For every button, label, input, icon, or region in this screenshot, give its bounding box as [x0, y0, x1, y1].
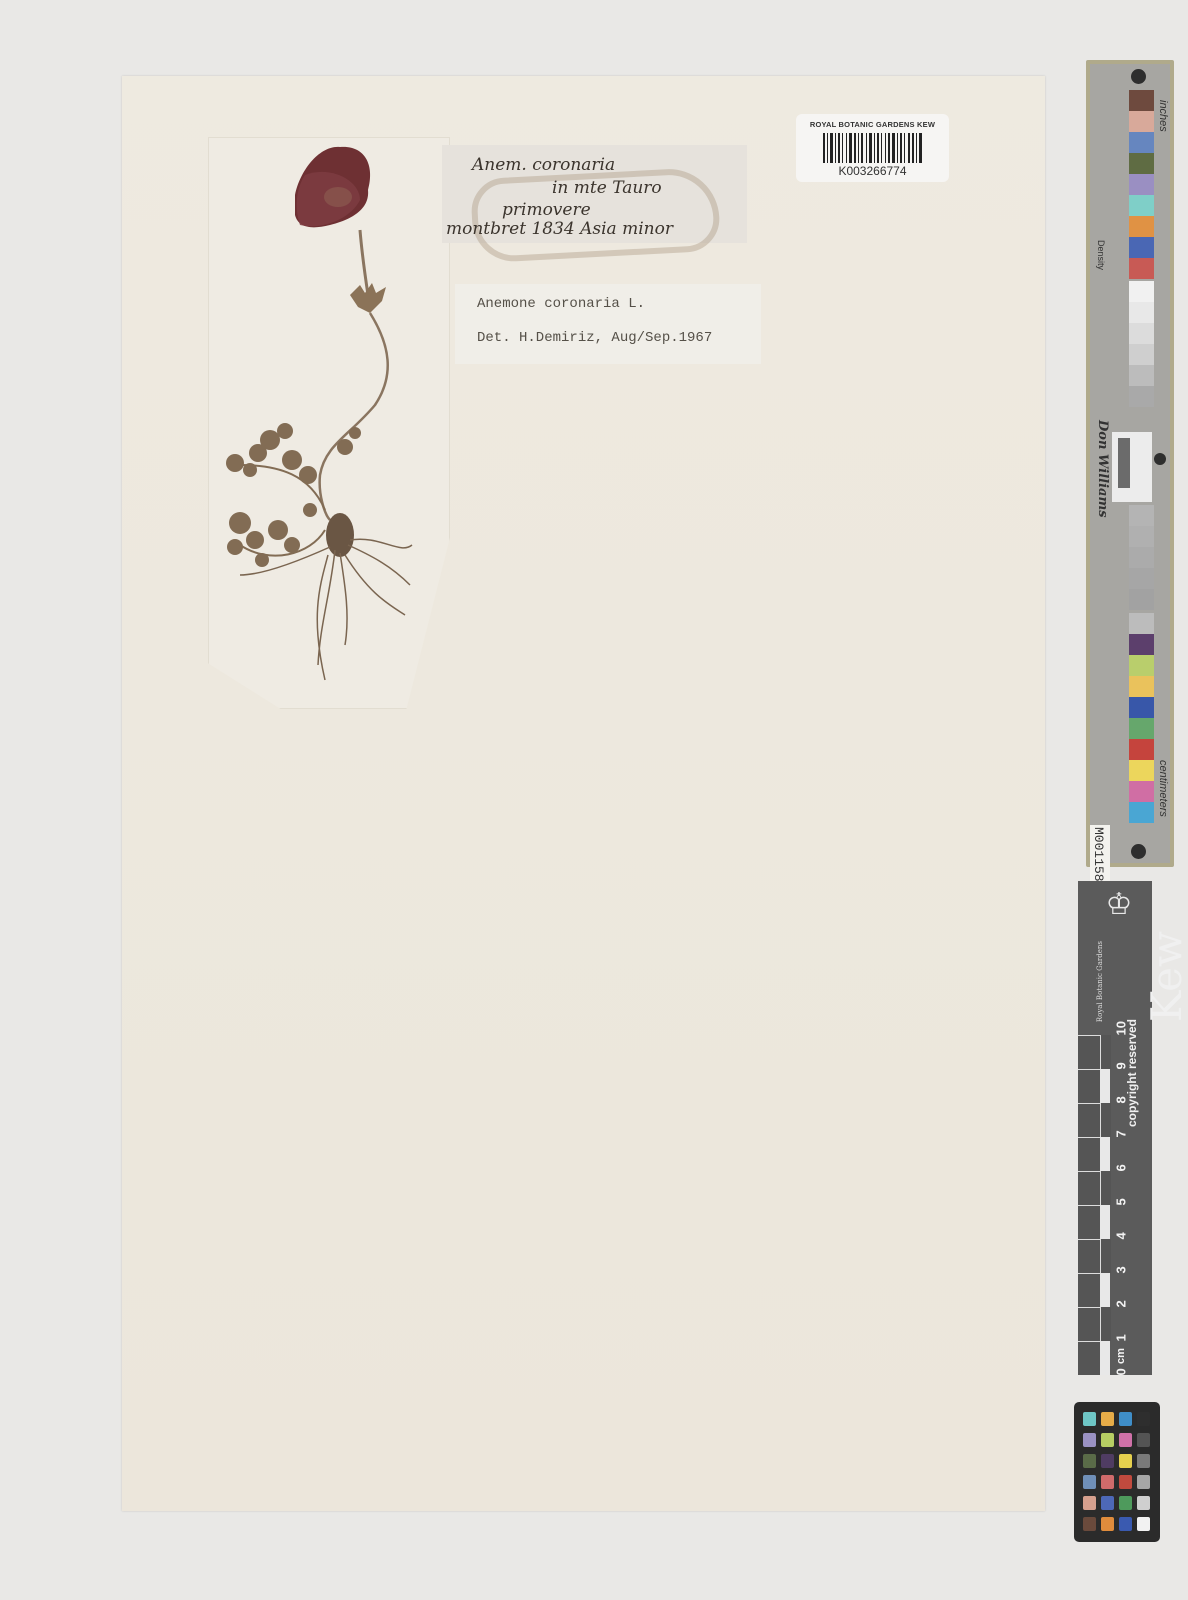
checker-patch — [1101, 1496, 1114, 1510]
scale-segment — [1078, 1171, 1100, 1205]
checker-patch — [1137, 1475, 1150, 1489]
scale-segment — [1078, 1137, 1100, 1171]
color-swatch — [1129, 216, 1154, 237]
scale-number: 1 — [1114, 1328, 1129, 1342]
gray-swatch — [1129, 526, 1154, 547]
scale-strip — [1100, 1273, 1110, 1307]
ruler-hole-icon — [1154, 453, 1166, 465]
gray-swatch — [1129, 386, 1154, 407]
color-swatch — [1129, 111, 1154, 132]
gray-swatch — [1129, 365, 1154, 386]
scale-number: 2 — [1114, 1294, 1129, 1308]
scale-number: 10 — [1114, 1022, 1129, 1036]
scale-number: 8 — [1114, 1090, 1129, 1104]
scale-strip — [1100, 1035, 1111, 1069]
scale-segment — [1078, 1205, 1100, 1239]
taxon-name: Anemone coronaria L. — [477, 296, 645, 312]
scale-number: 9 — [1114, 1056, 1129, 1070]
scale-strip — [1100, 1103, 1111, 1137]
gray-scale-box — [1112, 432, 1152, 502]
scale-strip — [1100, 1171, 1111, 1205]
color-swatch — [1129, 697, 1154, 718]
color-swatch — [1129, 802, 1154, 823]
checker-patch — [1083, 1517, 1096, 1531]
ruler-brand: Don Williams — [1095, 420, 1110, 518]
checker-patch — [1119, 1412, 1132, 1426]
checker-patch — [1101, 1475, 1114, 1489]
inches-label: inches — [1157, 100, 1169, 132]
royal-crest-icon: ♔ — [1100, 887, 1138, 923]
checker-patch — [1137, 1433, 1150, 1447]
checker-patch — [1101, 1454, 1114, 1468]
determination-label: Anemone coronaria L. Det. H.Demiriz, Aug… — [455, 284, 761, 364]
color-swatch — [1129, 613, 1154, 634]
color-swatch — [1129, 655, 1154, 676]
scale-number: 7 — [1114, 1124, 1129, 1138]
scale-segment — [1078, 1035, 1100, 1069]
pressed-plant-specimen — [200, 135, 440, 695]
institution-name: ROYAL BOTANIC GARDENS KEW — [796, 120, 949, 129]
checker-patch — [1083, 1454, 1096, 1468]
color-checker-card — [1074, 1402, 1160, 1542]
checker-patch — [1083, 1475, 1096, 1489]
scale-strip — [1100, 1069, 1110, 1103]
gray-swatch — [1129, 505, 1154, 526]
color-swatch — [1129, 153, 1154, 174]
scale-segment — [1078, 1069, 1100, 1103]
color-swatch — [1129, 174, 1154, 195]
scale-number: 4 — [1114, 1226, 1129, 1240]
color-swatch — [1129, 195, 1154, 216]
color-swatch — [1129, 90, 1154, 111]
color-swatch — [1129, 781, 1154, 802]
gray-swatch — [1129, 589, 1154, 610]
scale-segment — [1078, 1273, 1100, 1307]
barcode-label: ROYAL BOTANIC GARDENS KEW K003266774 — [796, 114, 949, 182]
gray-swatch — [1129, 568, 1154, 589]
density-label: Density — [1096, 240, 1106, 270]
color-calibration-ruler: inches centimeters Density Don Williams … — [1086, 60, 1174, 867]
checker-patch — [1101, 1517, 1114, 1531]
gray-swatch — [1129, 302, 1154, 323]
checker-patch — [1137, 1517, 1150, 1531]
color-swatch — [1129, 258, 1154, 279]
centimeters-label: centimeters — [1157, 760, 1169, 817]
flower-icon — [295, 147, 370, 227]
scale-segment — [1078, 1239, 1100, 1273]
scale-segment — [1078, 1307, 1100, 1341]
gray-swatch — [1129, 344, 1154, 365]
barcode-number: K003266774 — [796, 164, 949, 178]
ruler-hole-icon — [1131, 69, 1146, 84]
checker-patch — [1119, 1496, 1132, 1510]
scale-strip — [1100, 1205, 1110, 1239]
checker-patch — [1137, 1412, 1150, 1426]
checker-patch — [1083, 1433, 1096, 1447]
unit-label: cm — [1115, 1350, 1127, 1364]
scale-segment — [1078, 1341, 1100, 1375]
color-swatch — [1129, 634, 1154, 655]
scale-number: 6 — [1114, 1158, 1129, 1172]
scale-strip — [1100, 1239, 1111, 1273]
checker-patch — [1083, 1496, 1096, 1510]
checker-patch — [1083, 1412, 1096, 1426]
checker-patch — [1119, 1454, 1132, 1468]
scale-number: 3 — [1114, 1260, 1129, 1274]
gray-swatch — [1129, 281, 1154, 302]
gray-swatch — [1129, 323, 1154, 344]
label-line-2: in mte Tauro — [552, 178, 662, 198]
color-swatch — [1129, 237, 1154, 258]
scale-strip — [1100, 1307, 1111, 1341]
checker-patch — [1101, 1412, 1114, 1426]
color-swatch — [1129, 676, 1154, 697]
color-swatch — [1129, 739, 1154, 760]
label-line-3: primovere — [502, 200, 591, 220]
scale-number: 5 — [1114, 1192, 1129, 1206]
checker-patch — [1119, 1517, 1132, 1531]
checker-patch — [1101, 1433, 1114, 1447]
label-line-1: Anem. coronaria — [472, 155, 615, 175]
color-swatch — [1129, 760, 1154, 781]
determiner: Det. H.Demiriz, Aug/Sep.1967 — [477, 330, 712, 346]
checker-patch — [1119, 1433, 1132, 1447]
checker-patch — [1137, 1454, 1150, 1468]
original-collection-label: Anem. coronaria in mte Tauro primovere m… — [442, 145, 747, 243]
gray-swatch — [1129, 547, 1154, 568]
scale-strip — [1100, 1341, 1110, 1375]
label-line-4: montbret 1834 Asia minor — [446, 219, 673, 239]
kew-subtitle: Royal Botanic Gardens — [1096, 941, 1104, 1022]
checker-patch — [1119, 1475, 1132, 1489]
barcode-icon — [823, 133, 923, 163]
kew-logo: Kew — [1142, 931, 1188, 1022]
checker-patch — [1137, 1496, 1150, 1510]
kew-scale-bar: ♔ Kew Royal Botanic Gardens copyright re… — [1078, 881, 1152, 1375]
scale-strip — [1100, 1137, 1110, 1171]
color-swatch — [1129, 718, 1154, 739]
color-swatch — [1129, 132, 1154, 153]
scale-segment — [1078, 1103, 1100, 1137]
ruler-hole-icon — [1131, 844, 1146, 859]
